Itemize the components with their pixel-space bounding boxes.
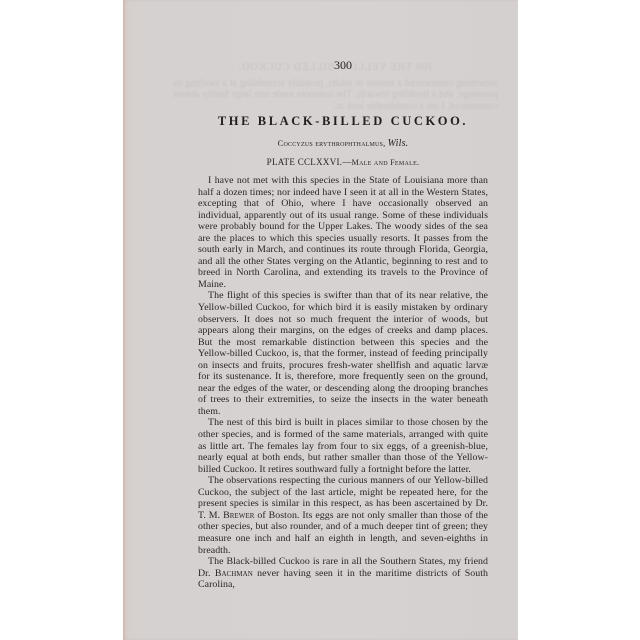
plate-label: PLATE CCLXXVI. bbox=[267, 157, 343, 167]
book-page: 300 THE YELLOW-BILLED CUCKOO. something … bbox=[123, 0, 518, 640]
paragraph-1: I have not met with this species in the … bbox=[198, 175, 488, 290]
person-name-brewer: Brewer bbox=[223, 510, 254, 521]
paragraph-4: The observations respecting the curious … bbox=[198, 475, 488, 556]
scientific-name-line: Coccyzus erythrophthalmus, Wils. bbox=[198, 138, 488, 149]
scientific-name: Coccyzus erythrophthalmus, bbox=[278, 138, 386, 148]
page-content: 300 THE BLACK-BILLED CUCKOO. Coccyzus er… bbox=[198, 58, 488, 591]
plate-dash: — bbox=[342, 157, 351, 167]
page-title: THE BLACK-BILLED CUCKOO. bbox=[198, 113, 488, 129]
authority: Wils. bbox=[388, 138, 409, 149]
person-name-bachman: Bachman bbox=[215, 568, 253, 579]
paragraph-3: The nest of this bird is built in places… bbox=[198, 417, 488, 475]
body-text: I have not met with this species in the … bbox=[198, 175, 488, 591]
paragraph-5: The Black-billed Cuckoo is rare in all t… bbox=[198, 556, 488, 591]
plate-line: PLATE CCLXXVI.—Male and Female. bbox=[198, 156, 488, 169]
plate-description: Male and Female. bbox=[352, 158, 420, 167]
page-number: 300 bbox=[198, 58, 488, 72]
paragraph-2: The flight of this species is swifter th… bbox=[198, 290, 488, 417]
